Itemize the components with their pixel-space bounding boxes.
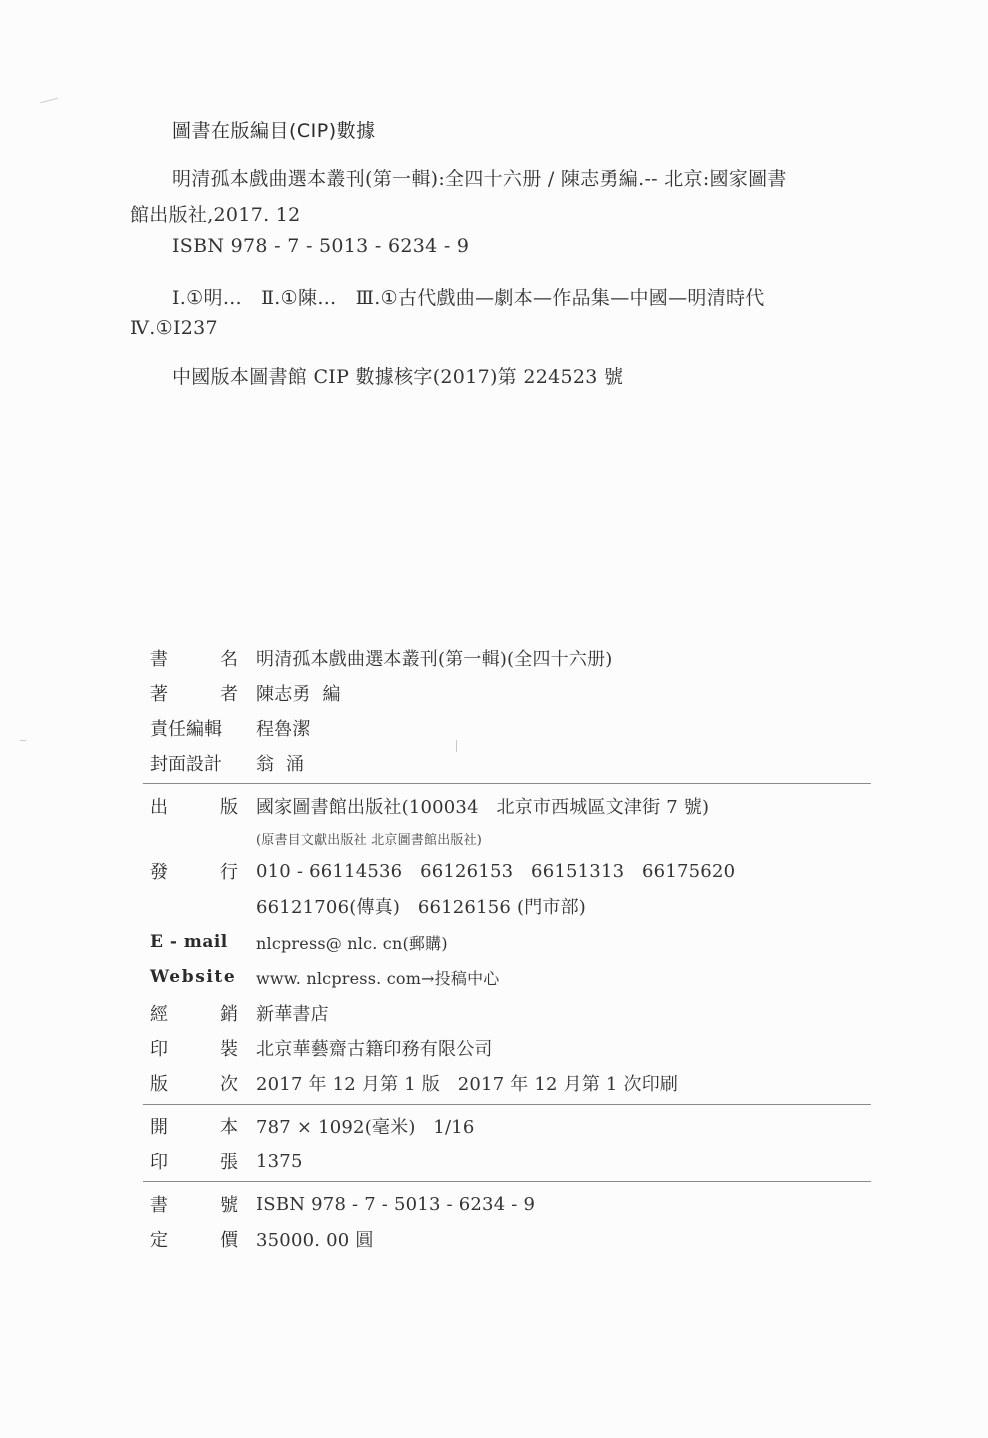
colophon-row-cover-design: 封面設計 翁 涌 xyxy=(150,748,304,778)
cip-heading: 圖書在版編目(CIP)數據 xyxy=(172,116,376,143)
value-publisher: 國家圖書館出版社(100034 北京市西城區文津街 7 號) xyxy=(256,793,709,819)
colophon-row-format: 開 本 787 × 1092(毫米) 1/16 xyxy=(150,1111,475,1141)
label-email: E - mail xyxy=(150,932,238,952)
label-sheets: 印 張 xyxy=(150,1148,238,1174)
cip-subject-line-2: Ⅳ.①I237 xyxy=(130,317,218,339)
value-printing: 北京華藝齋古籍印務有限公司 xyxy=(256,1035,493,1061)
colophon-row-distribution: 發 行 010 - 66114536 66126153 66151313 661… xyxy=(150,856,735,886)
divider-rule-1 xyxy=(143,783,871,784)
label-author: 著 者 xyxy=(150,680,238,706)
value-book-title: 明清孤本戲曲選本叢刊(第一輯)(全四十六册) xyxy=(256,645,613,671)
colophon-row-book-number: 書 號 ISBN 978 - 7 - 5013 - 6234 - 9 xyxy=(150,1189,535,1219)
scan-speck xyxy=(20,740,26,741)
colophon-row-edition: 版 次 2017 年 12 月第 1 版 2017 年 12 月第 1 次印刷 xyxy=(150,1068,678,1098)
cip-bibliographic-line-2: 館出版社,2017. 12 xyxy=(130,200,301,227)
label-website: Website xyxy=(150,967,238,987)
value-website[interactable]: www. nlcpress. com→投稿中心 xyxy=(256,966,499,989)
value-price: 35000. 00 圓 xyxy=(256,1226,374,1252)
colophon-row-sheets: 印 張 1375 xyxy=(150,1146,303,1176)
value-book-number: ISBN 978 - 7 - 5013 - 6234 - 9 xyxy=(256,1194,535,1215)
colophon-row-distribution-2: 66121706(傳真) 66126156 (門市部) xyxy=(256,891,586,921)
colophon-row-email: E - mail nlcpress@ nlc. cn(郵購) xyxy=(150,927,448,957)
scan-speck xyxy=(40,98,58,104)
value-distribution-phones-1: 010 - 66114536 66126153 66151313 6617562… xyxy=(256,861,735,882)
label-sales: 經 銷 xyxy=(150,1000,238,1026)
label-book-title: 書 名 xyxy=(150,645,238,671)
value-cover-design: 翁 涌 xyxy=(256,750,304,776)
value-distribution-phones-2: 66121706(傳真) 66126156 (門市部) xyxy=(256,893,586,919)
value-responsible-editor: 程魯潔 xyxy=(256,715,311,741)
label-edition: 版 次 xyxy=(150,1070,238,1096)
colophon-row-author: 著 者 陳志勇 編 xyxy=(150,678,341,708)
value-sales: 新華書店 xyxy=(256,1000,329,1026)
value-sheets: 1375 xyxy=(256,1151,303,1172)
colophon-row-price: 定 價 35000. 00 圓 xyxy=(150,1224,374,1254)
label-price: 定 價 xyxy=(150,1226,238,1252)
label-publisher: 出 版 xyxy=(150,793,238,819)
label-cover-design: 封面設計 xyxy=(150,750,238,776)
cip-bibliographic-line-1: 明清孤本戲曲選本叢刊(第一輯):全四十六册 / 陳志勇編.-- 北京:國家圖書 xyxy=(172,164,787,191)
value-author: 陳志勇 編 xyxy=(256,680,341,706)
label-printing: 印 裝 xyxy=(150,1035,238,1061)
value-format: 787 × 1092(毫米) 1/16 xyxy=(256,1113,475,1139)
value-publisher-note: (原書目文獻出版社 北京圖書館出版社) xyxy=(256,829,482,848)
cip-isbn: ISBN 978 - 7 - 5013 - 6234 - 9 xyxy=(172,235,469,257)
divider-rule-3 xyxy=(143,1181,871,1182)
label-format: 開 本 xyxy=(150,1113,238,1139)
label-distribution: 發 行 xyxy=(150,858,238,884)
label-responsible-editor: 責任編輯 xyxy=(150,715,238,741)
label-book-number: 書 號 xyxy=(150,1191,238,1217)
value-email[interactable]: nlcpress@ nlc. cn(郵購) xyxy=(256,931,448,954)
colophon-row-publisher-note: (原書目文獻出版社 北京圖書館出版社) xyxy=(256,823,482,853)
colophon-row-website: Website www. nlcpress. com→投稿中心 xyxy=(150,962,499,992)
scan-speck xyxy=(456,740,457,752)
divider-rule-2 xyxy=(143,1104,871,1105)
value-edition: 2017 年 12 月第 1 版 2017 年 12 月第 1 次印刷 xyxy=(256,1070,678,1096)
colophon-row-book-title: 書 名 明清孤本戲曲選本叢刊(第一輯)(全四十六册) xyxy=(150,643,613,673)
colophon-row-sales: 經 銷 新華書店 xyxy=(150,998,329,1028)
colophon-row-responsible-editor: 責任編輯 程魯潔 xyxy=(150,713,311,743)
cip-subject-line-1: Ⅰ.①明… Ⅱ.①陳… Ⅲ.①古代戲曲—劇本—作品集—中國—明清時代 xyxy=(172,283,765,310)
colophon-row-printing: 印 裝 北京華藝齋古籍印務有限公司 xyxy=(150,1033,493,1063)
cip-record-number: 中國版本圖書館 CIP 數據核字(2017)第 224523 號 xyxy=(172,362,623,389)
colophon-row-publisher: 出 版 國家圖書館出版社(100034 北京市西城區文津街 7 號) xyxy=(150,791,709,821)
copyright-page: 圖書在版編目(CIP)數據 明清孤本戲曲選本叢刊(第一輯):全四十六册 / 陳志… xyxy=(0,0,988,1438)
